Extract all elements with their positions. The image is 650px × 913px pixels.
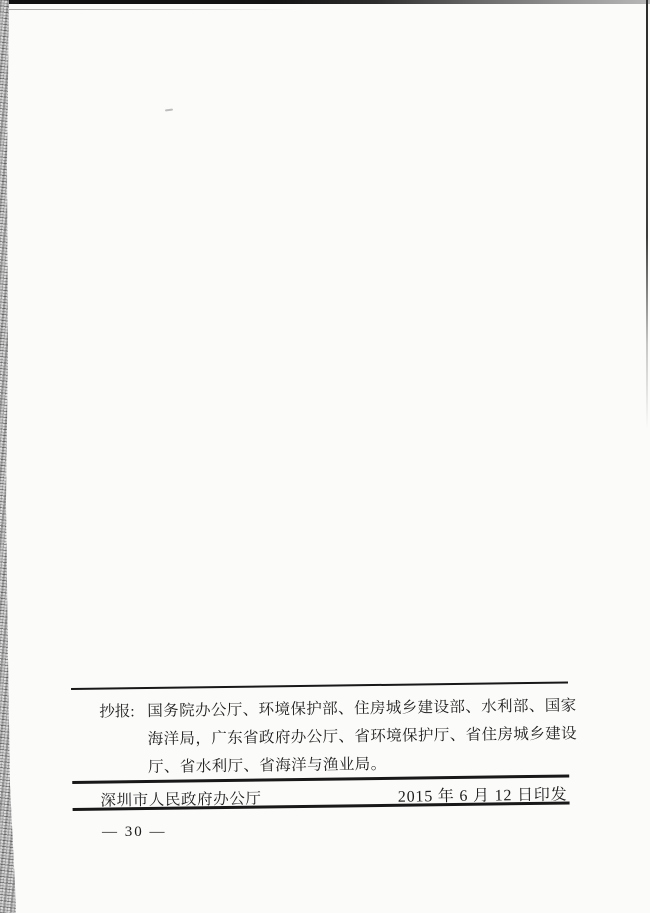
divider-top <box>71 682 568 691</box>
copy-notice-line: 海洋局，广东省政府办公厅、省环境保护厅、省住房城乡建设 <box>148 721 578 749</box>
copy-notice-line: 厅、省水利厅、省海洋与渔业局。 <box>148 752 387 777</box>
copy-notice-label: 抄报: <box>99 699 135 721</box>
scan-artifact-left-edge <box>0 0 16 913</box>
copy-notice-line: 国务院办公厅、环境保护部、住房城乡建设部、水利部、国家 <box>147 693 577 721</box>
page-number: — 30 — <box>102 824 167 841</box>
scan-artifact-top-ghost-line <box>0 9 300 10</box>
copy-notice-block: 抄报: 国务院办公厅、环境保护部、住房城乡建设部、水利部、国家 海洋局，广东省政… <box>71 682 570 813</box>
scan-artifact-top-edge <box>0 0 650 4</box>
ink-smudge <box>165 108 173 111</box>
scan-artifact-right-edge <box>646 0 648 430</box>
